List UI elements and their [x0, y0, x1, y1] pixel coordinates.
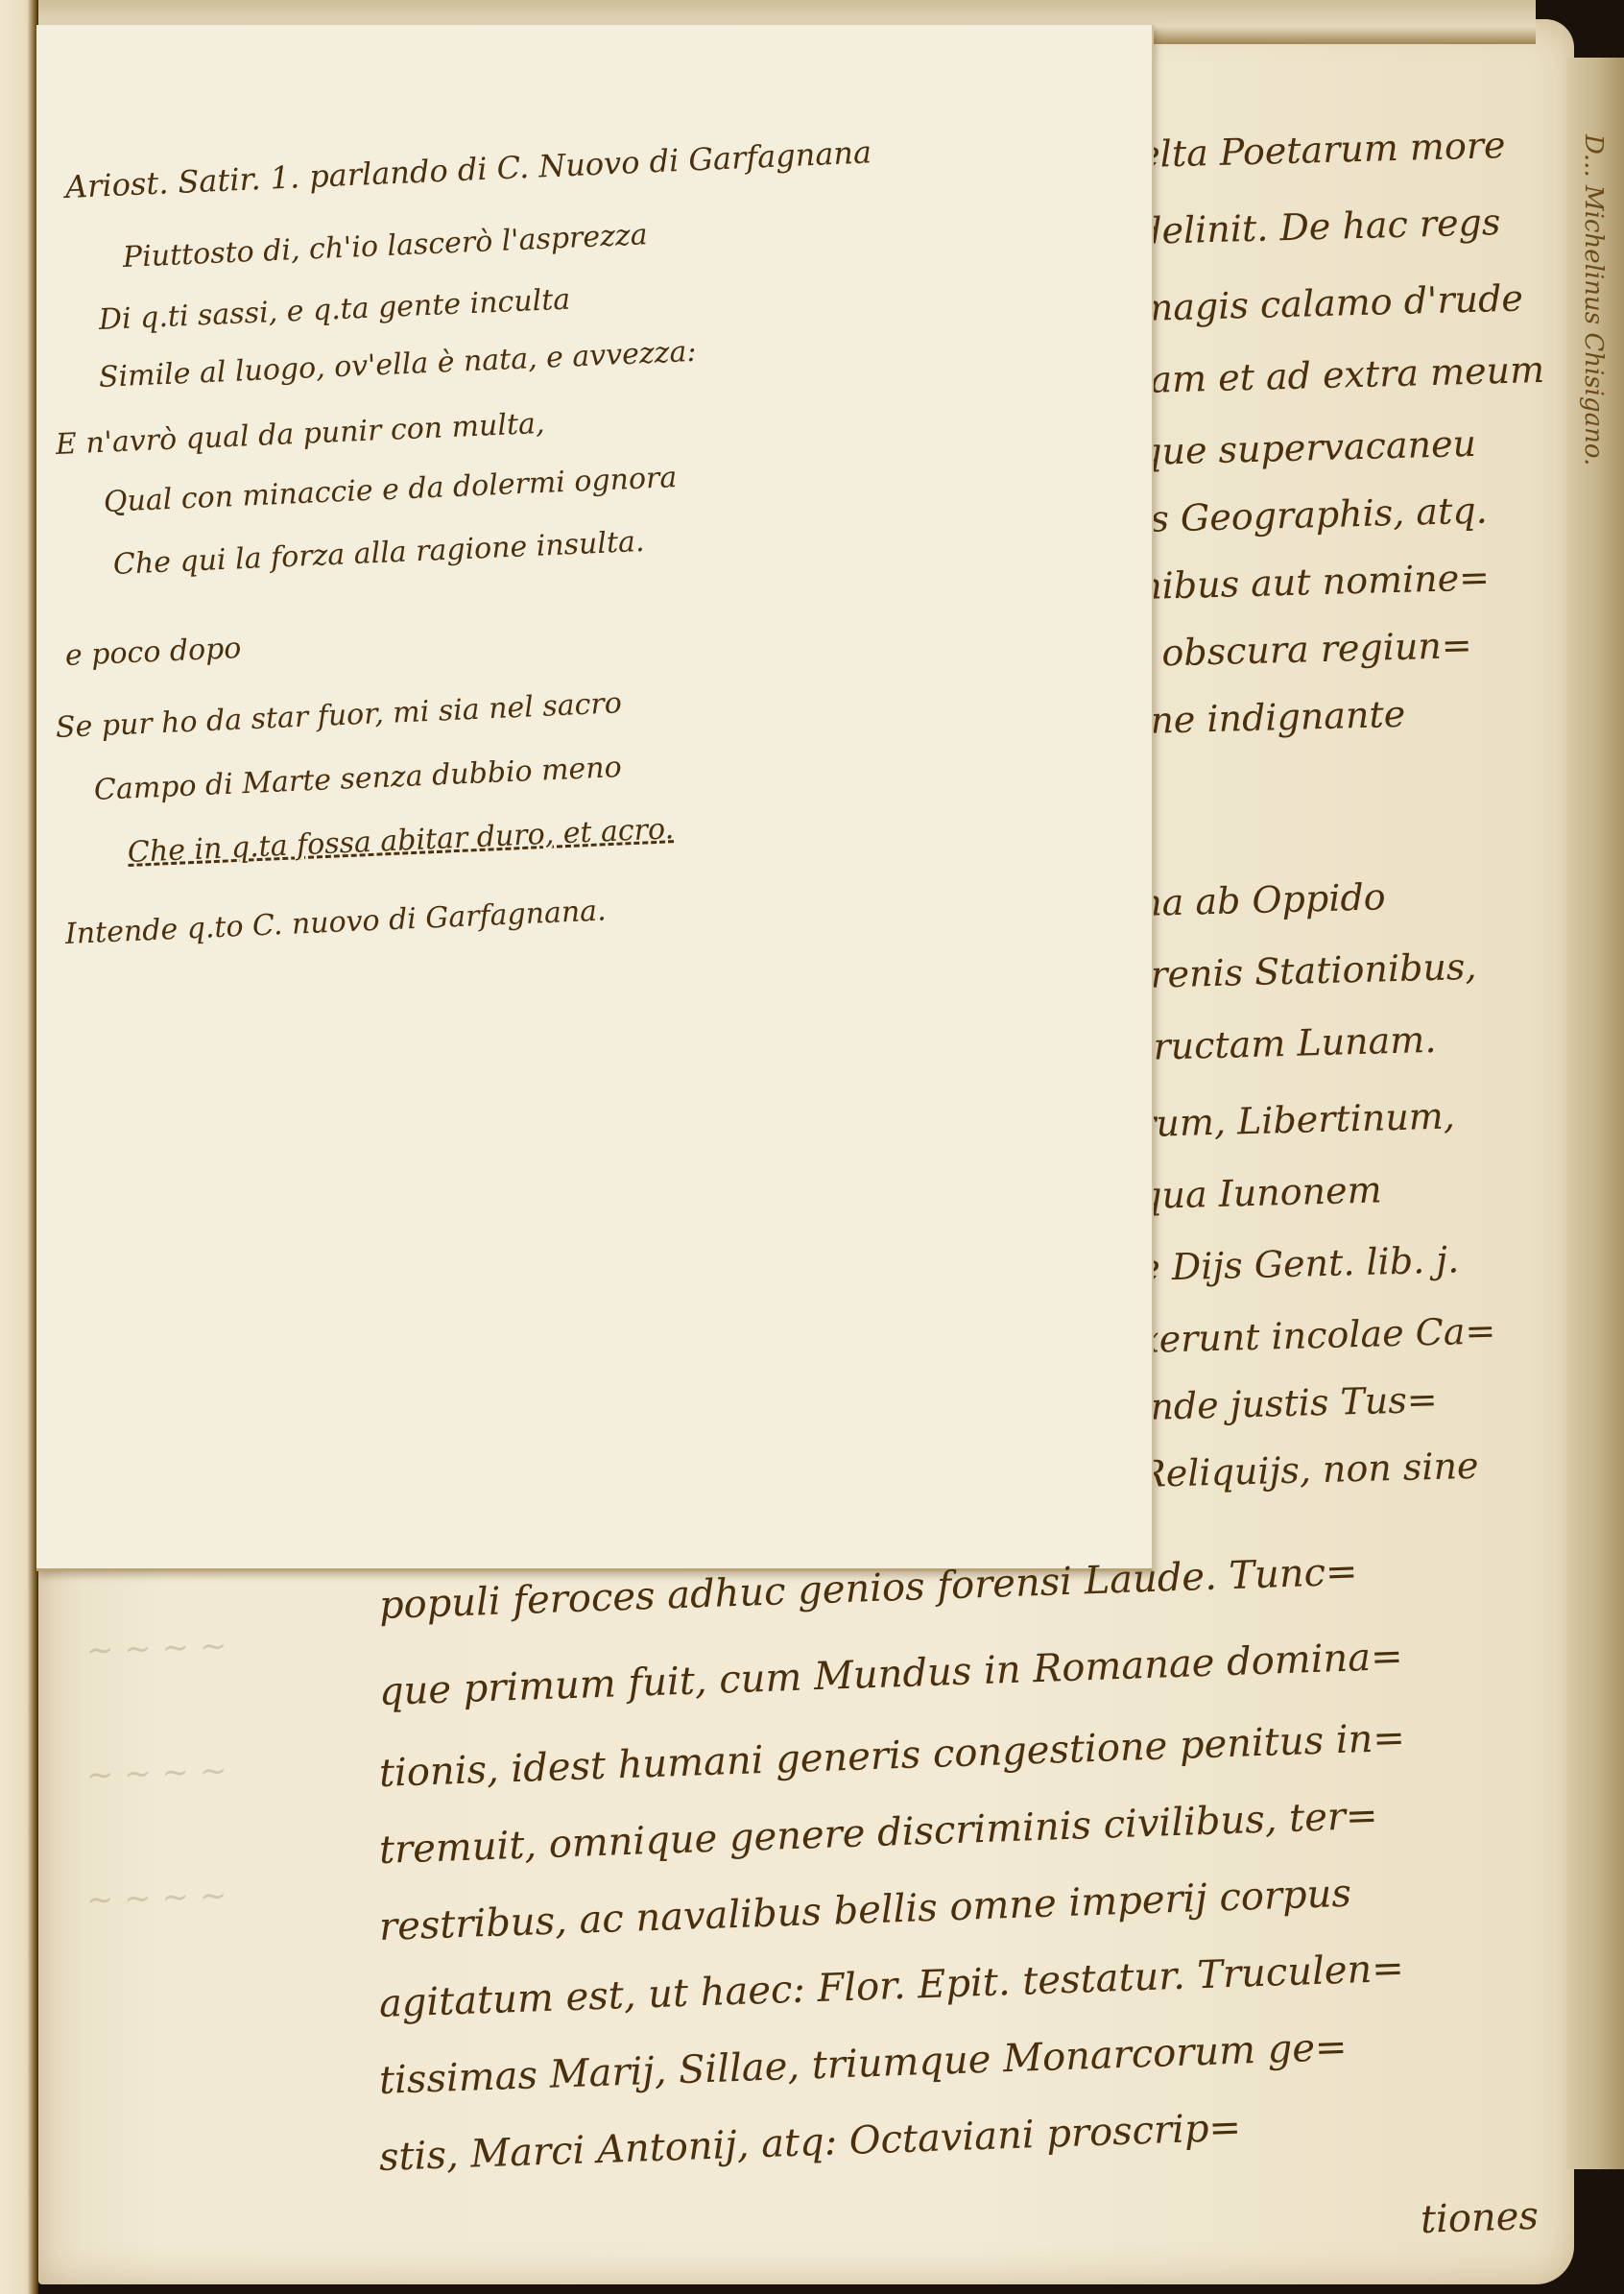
interlude-note: e poco dopo [64, 632, 242, 673]
verse-line: Se pur ho da star fuor, mi sia nel sacro [55, 686, 622, 745]
slip-heading: Ariost. Satir. 1. parlando di C. Nuovo d… [64, 133, 872, 205]
verse-line: Campo di Marte senza dubbio meno [93, 751, 622, 807]
pasted-note-slip: Ariost. Satir. 1. parlando di C. Nuovo d… [36, 25, 1154, 1571]
binding-edge [0, 0, 38, 2294]
verse-line: E n'avrò qual da punir con multa, [55, 407, 545, 462]
verse-line: Qual con minaccie e da dolermi ognora [103, 461, 678, 519]
bleed-through-text: ~ ~ ~ ~ [85, 1752, 227, 1795]
verse-line: Simile al luogo, ov'ella è nata, e avvez… [98, 335, 697, 394]
verse-line: Di q.ti sassi, e q.ta gente inculta [98, 283, 571, 337]
margin-note: D... Michelinus Chisigano. [1579, 134, 1608, 466]
body-line: tiones [1420, 2194, 1539, 2242]
bleed-through-text: ~ ~ ~ ~ [85, 1627, 227, 1670]
manuscript-scene: ~ ~ ~ ~ ~ ~ ~ ~ ~ ~ ~ ~ ...elta Poetarum… [0, 0, 1624, 2294]
verse-line: Che in q.ta fossa abitar duro, et acro. [127, 812, 675, 870]
verse-line: Piuttosto di, ch'io lascerò l'asprezza [122, 218, 648, 275]
slip-signature: Intende q.to C. nuovo di Garfagnana. [64, 894, 607, 951]
bleed-through-text: ~ ~ ~ ~ [85, 1876, 227, 1920]
verse-line: Che qui la forza alla ragione insulta. [112, 525, 645, 582]
